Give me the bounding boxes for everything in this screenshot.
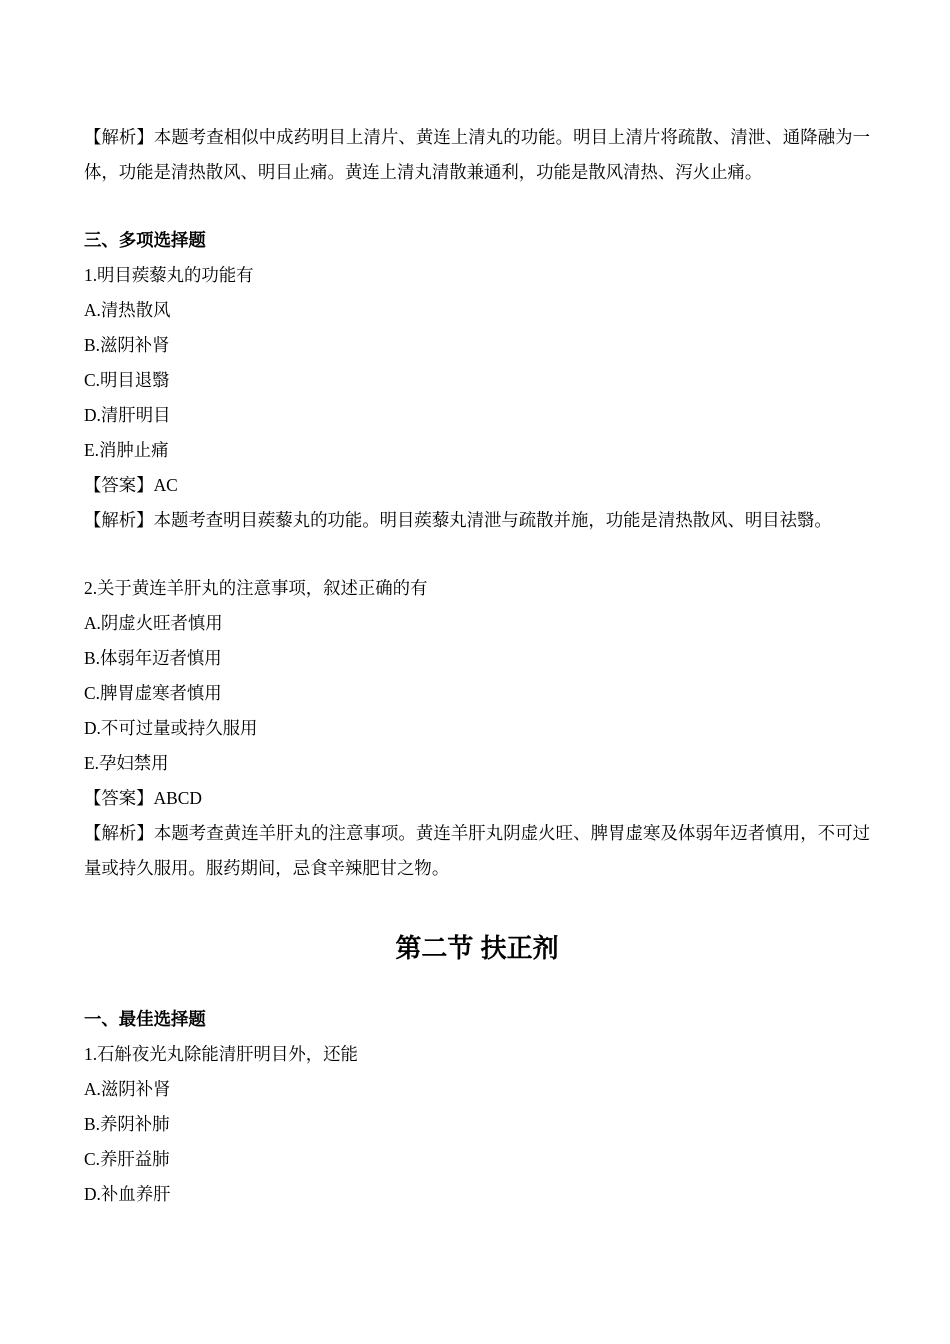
- mc-q2-option-b: B.体弱年迈者慎用: [84, 641, 870, 676]
- mc-q1-option-d: D.清肝明目: [84, 398, 870, 433]
- mc-q1-option-a: A.清热散风: [84, 293, 870, 328]
- mc-q2-answer: 【答案】ABCD: [84, 781, 870, 816]
- mc-q1-option-c: C.明目退翳: [84, 363, 870, 398]
- mc-q1-option-b: B.滋阴补肾: [84, 328, 870, 363]
- mc-q2-option-a: A.阴虚火旺者慎用: [84, 606, 870, 641]
- best-choice-section-heading: 一、最佳选择题: [84, 1002, 870, 1037]
- section-two-title: 第二节 扶正剂: [84, 926, 870, 971]
- bc-q1-option-a: A.滋阴补肾: [84, 1072, 870, 1107]
- intro-analysis-paragraph: 【解析】本题考查相似中成药明目上清片、黄连上清丸的功能。明目上清片将疏散、清泄、…: [84, 120, 870, 190]
- mc-q2-option-c: C.脾胃虚寒者慎用: [84, 676, 870, 711]
- bc-q1-stem: 1.石斛夜光丸除能清肝明目外，还能: [84, 1037, 870, 1072]
- mc-q1-option-e: E.消肿止痛: [84, 433, 870, 468]
- mc-q2-stem: 2.关于黄连羊肝丸的注意事项，叙述正确的有: [84, 571, 870, 606]
- bc-q1-option-b: B.养阴补肺: [84, 1107, 870, 1142]
- blank-line: [84, 190, 870, 223]
- multiple-choice-section-heading: 三、多项选择题: [84, 223, 870, 258]
- bc-q1-option-d: D.补血养肝: [84, 1177, 870, 1212]
- bc-q1-option-c: C.养肝益肺: [84, 1142, 870, 1177]
- mc-q1-stem: 1.明目蒺藜丸的功能有: [84, 258, 870, 293]
- mc-q2-analysis: 【解析】本题考查黄连羊肝丸的注意事项。黄连羊肝丸阴虚火旺、脾胃虚寒及体弱年迈者慎…: [84, 816, 870, 886]
- mc-q1-answer: 【答案】AC: [84, 468, 870, 503]
- document-page: 【解析】本题考查相似中成药明目上清片、黄连上清丸的功能。明目上清片将疏散、清泄、…: [0, 0, 950, 1344]
- mc-q1-analysis: 【解析】本题考查明目蒺藜丸的功能。明目蒺藜丸清泄与疏散并施，功能是清热散风、明目…: [84, 503, 870, 538]
- blank-line: [84, 538, 870, 571]
- mc-q2-option-e: E.孕妇禁用: [84, 746, 870, 781]
- mc-q2-option-d: D.不可过量或持久服用: [84, 711, 870, 746]
